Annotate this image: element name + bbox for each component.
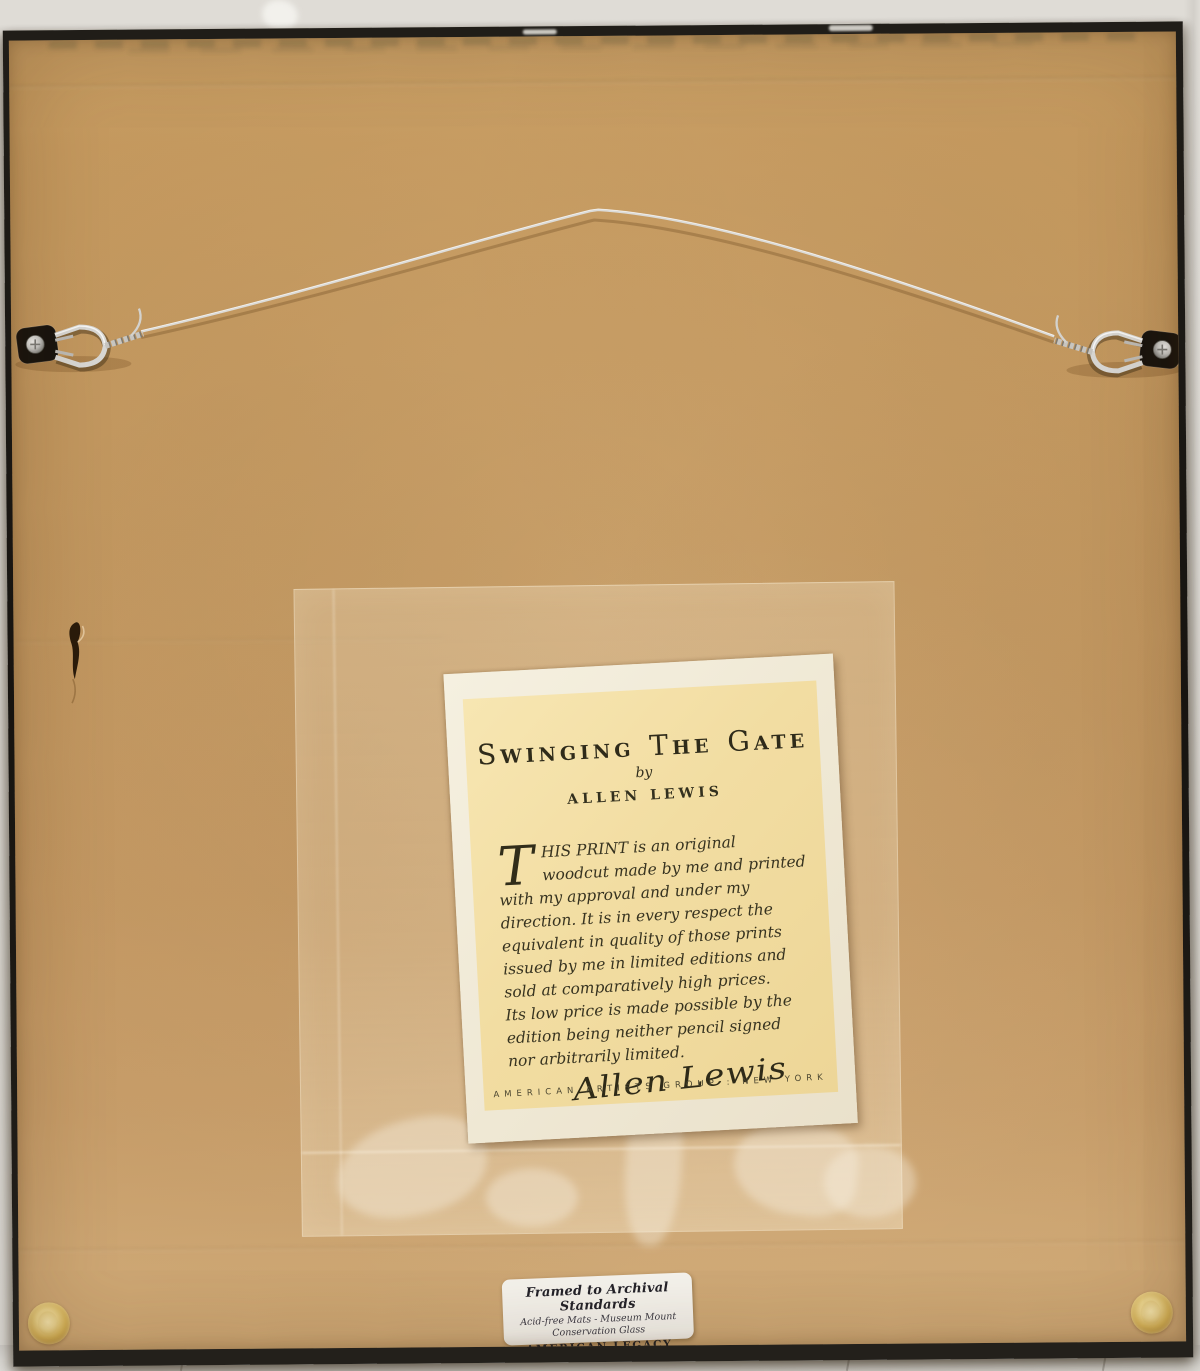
gallery-sticker: Framed to Archival Standards Acid-free M…	[502, 1272, 694, 1345]
hanging-wire-highlight	[140, 205, 1054, 342]
label-title-word: Gate	[726, 721, 808, 758]
d-ring-hanger-right	[1054, 314, 1183, 378]
rubber-bumper-right	[1131, 1292, 1173, 1334]
publisher-label: Swinging The Gate by ALLEN LEWIS T HIS P…	[443, 654, 857, 1144]
label-body-text: T HIS PRINT is an original woodcut made …	[496, 827, 816, 1073]
hanging-wire	[140, 206, 1054, 343]
wire-shadow	[140, 216, 1054, 349]
label-drop-cap: T	[497, 845, 535, 889]
kraft-paper-backing: Swinging The Gate by ALLEN LEWIS T HIS P…	[9, 31, 1186, 1350]
frame-paint-chip	[829, 25, 873, 31]
label-title-word: Swinging	[476, 730, 635, 771]
frame-paint-chip	[523, 29, 557, 34]
rubber-bumper-left	[28, 1302, 70, 1344]
d-ring-hanger-left	[15, 309, 144, 373]
label-title-word: The	[648, 726, 713, 762]
framed-print-back-photo: Swinging The Gate by ALLEN LEWIS T HIS P…	[0, 0, 1200, 1371]
publisher-label-panel: Swinging The Gate by ALLEN LEWIS T HIS P…	[463, 680, 838, 1110]
picture-frame-back: Swinging The Gate by ALLEN LEWIS T HIS P…	[3, 21, 1193, 1366]
